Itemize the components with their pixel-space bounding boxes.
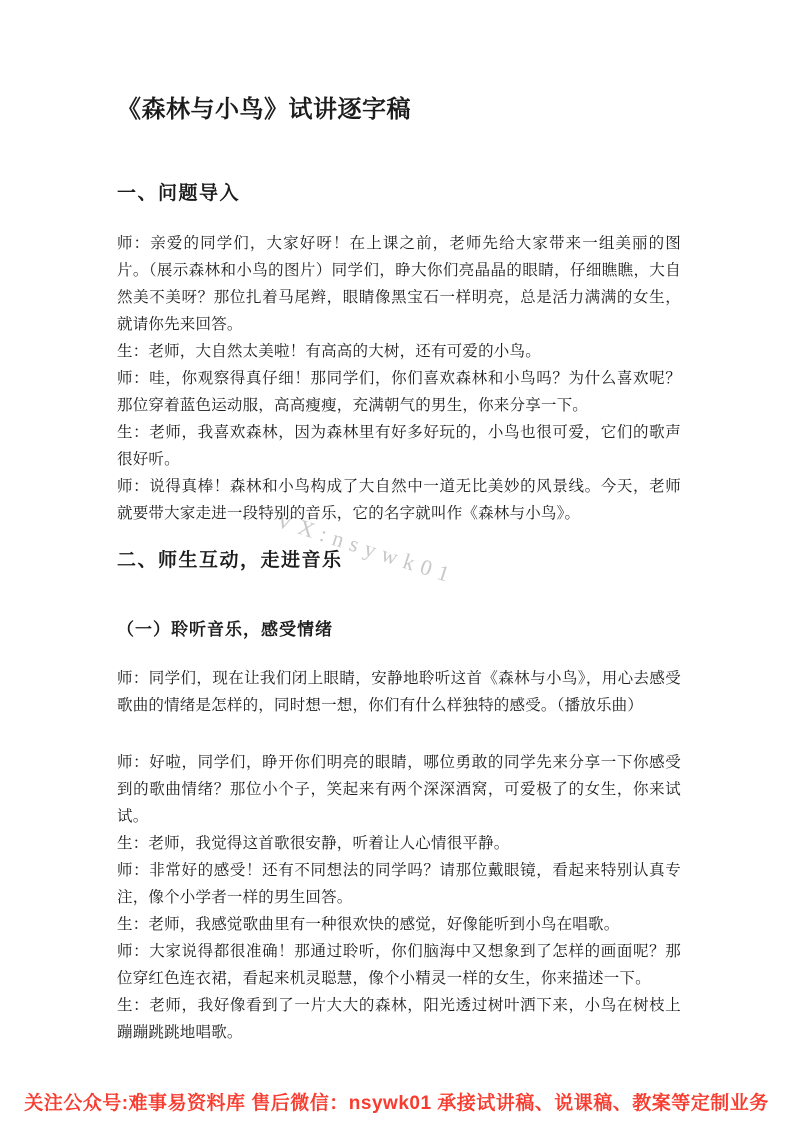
dialogue-paragraph: 生：老师，大自然太美啦！有高高的大树，还有可爱的小鸟。 bbox=[117, 338, 681, 365]
document-page: VX:nsywk01 《森林与小鸟》试讲逐字稿 一、问题导入 师：亲爱的同学们，… bbox=[0, 0, 793, 1122]
dialogue-paragraph: 师：非常好的感受！还有不同想法的同学吗？请那位戴眼镜，看起来特别认真专注，像个小… bbox=[117, 857, 681, 911]
dialogue-paragraph: 生：老师，我好像看到了一片大大的森林，阳光透过树叶洒下来，小鸟在树枝上蹦蹦跳跳地… bbox=[117, 992, 681, 1046]
dialogue-paragraph: 师：说得真棒！森林和小鸟构成了大自然中一道无比美妙的风景线。今天，老师就要带大家… bbox=[117, 473, 681, 527]
subsection-heading-1: （一）聆听音乐，感受情绪 bbox=[117, 617, 681, 643]
dialogue-paragraph: 生：老师，我喜欢森林，因为森林里有好多好玩的，小鸟也很可爱，它们的歌声很好听。 bbox=[117, 419, 681, 473]
document-title: 《森林与小鸟》试讲逐字稿 bbox=[117, 92, 681, 128]
section-heading-2: 二、师生互动，走进音乐 bbox=[117, 547, 681, 575]
document-content: 《森林与小鸟》试讲逐字稿 一、问题导入 师：亲爱的同学们，大家好呀！在上课之前，… bbox=[117, 0, 681, 1046]
dialogue-paragraph: 师：好啦，同学们，睁开你们明亮的眼睛，哪位勇敢的同学先来分享一下你感受到的歌曲情… bbox=[117, 749, 681, 830]
dialogue-paragraph: 生：老师，我感觉歌曲里有一种很欢快的感觉，好像能听到小鸟在唱歌。 bbox=[117, 911, 681, 938]
dialogue-paragraph: 师：亲爱的同学们，大家好呀！在上课之前，老师先给大家带来一组美丽的图片。（展示森… bbox=[117, 230, 681, 338]
dialogue-paragraph: 师：同学们，现在让我们闭上眼睛，安静地聆听这首《森林与小鸟》，用心去感受歌曲的情… bbox=[117, 665, 681, 719]
dialogue-paragraph: 师：大家说得都很准确！那通过聆听，你们脑海中又想象到了怎样的画面呢？那位穿红色连… bbox=[117, 938, 681, 992]
section-heading-1: 一、问题导入 bbox=[117, 180, 681, 208]
dialogue-paragraph: 生：老师，我觉得这首歌很安静，听着让人心情很平静。 bbox=[117, 830, 681, 857]
dialogue-paragraph: 师：哇，你观察得真仔细！那同学们，你们喜欢森林和小鸟吗？为什么喜欢呢？那位穿着蓝… bbox=[117, 365, 681, 419]
footer-promo-banner: 关注公众号:难事易资料库 售后微信：nsywk01 承接试讲稿、说课稿、教案等定… bbox=[0, 1089, 793, 1119]
